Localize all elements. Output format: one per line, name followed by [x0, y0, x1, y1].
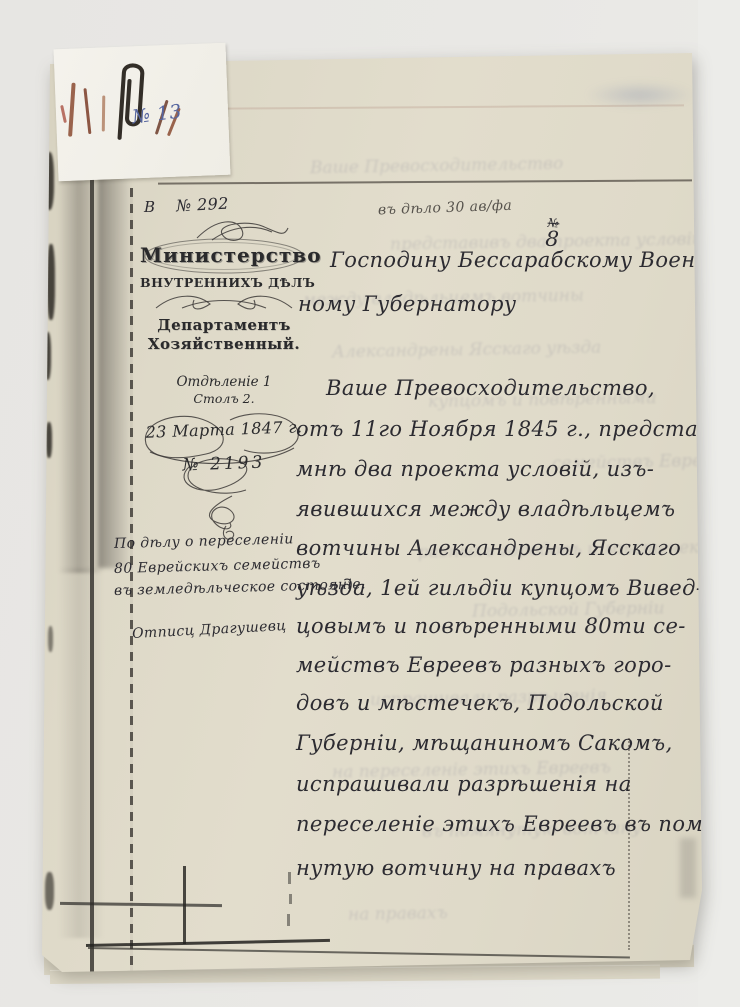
- letterhead-ministry: Министерство: [140, 243, 308, 267]
- photocopy-frame-mark: [288, 872, 291, 884]
- edge-stain: [45, 872, 54, 910]
- body-line: вотчины Александрены, Ясскаго: [296, 536, 681, 560]
- photocopy-frame-mark: [289, 894, 292, 904]
- letterhead-department-line1: Департаментъ: [140, 316, 308, 334]
- body-line: отъ 11го Ноября 1845 г., представивъ: [296, 417, 740, 441]
- manuscript-page: Ваше Превосходительство представивъ два …: [40, 48, 708, 980]
- body-line: довъ и мѣстечекъ, Подольской: [296, 691, 664, 715]
- body-line: цовымъ и повѣренными 80ти се-: [296, 614, 686, 638]
- body-line: явившихся между владѣльцемъ: [296, 497, 675, 521]
- body-line: испрашивали разрѣшенія на: [296, 772, 632, 796]
- body-line: Ваше Превосходительство,: [326, 376, 655, 400]
- body-line: мнѣ два проекта условій, изъ-: [296, 457, 654, 481]
- edge-stain: [46, 422, 52, 458]
- letterhead-section: Отдѣленіе 1: [140, 374, 308, 390]
- photocopy-frame-mark: [287, 914, 290, 926]
- fold-shadow: [58, 568, 104, 938]
- flourish-divider-icon: [152, 290, 296, 314]
- address-line: ному Губернатору: [298, 292, 516, 316]
- ink-smudge: [585, 82, 695, 108]
- fold-shadow: [98, 148, 132, 568]
- photocopy-frame-right: [628, 738, 630, 950]
- bleed-through-text: Ваше Превосходительство: [310, 154, 564, 178]
- bleed-through-text: на правахъ: [348, 903, 448, 925]
- rust-stain: [83, 88, 91, 134]
- bleed-through-text: Александрены Ясскаго уѣзда: [332, 338, 602, 363]
- sheet-number-value: 8: [545, 230, 560, 249]
- body-line: уѣзда, 1ей гильдіи купцомъ Вивед-: [296, 576, 703, 600]
- docket-number: № 292: [176, 194, 230, 216]
- ruled-line: [158, 179, 692, 184]
- photocopy-frame-bottom-thick: [86, 939, 330, 947]
- right-edge-shade: [680, 838, 696, 898]
- edge-stain: [44, 152, 54, 210]
- photocopy-frame-bottom: [88, 947, 630, 958]
- photocopy-edge: [90, 148, 94, 1000]
- letterhead-ministry-sub: ВНУТРЕННИХЪ ДѢЛЪ: [140, 275, 308, 290]
- edge-stain: [44, 332, 51, 380]
- rust-stain: [68, 83, 76, 137]
- address-line: Господину Бессарабскому Воен: [330, 248, 695, 272]
- body-line: нутую вотчину на правахъ: [296, 856, 616, 880]
- archival-slip: № 13: [54, 43, 231, 182]
- rust-stain: [102, 95, 106, 131]
- photo-background: Ваше Превосходительство представивъ два …: [0, 0, 740, 1007]
- body-line: переселеніе этихъ Евреевъ въ помя-: [296, 812, 725, 836]
- paperclip-icon: [104, 49, 154, 146]
- body-line: Губерніи, мѣщаниномъ Сакомъ,: [296, 731, 673, 755]
- document-stack: Ваше Превосходительство представивъ два …: [40, 48, 708, 980]
- docket-letter: В: [144, 198, 155, 216]
- letterhead-department-line2: Хозяйственный.: [140, 335, 308, 353]
- edge-stain: [48, 626, 53, 652]
- sheet-number: № 8: [545, 216, 561, 249]
- slip-number: № 13: [131, 100, 183, 128]
- clerk-note: Отписц Драгушевц: [132, 618, 287, 642]
- rust-stain: [60, 105, 67, 123]
- edge-stain: [47, 244, 55, 320]
- pencil-note: въ дѣло 30 ав/фа: [378, 198, 513, 219]
- body-line: мействъ Евреевъ разныхъ горо-: [296, 653, 672, 677]
